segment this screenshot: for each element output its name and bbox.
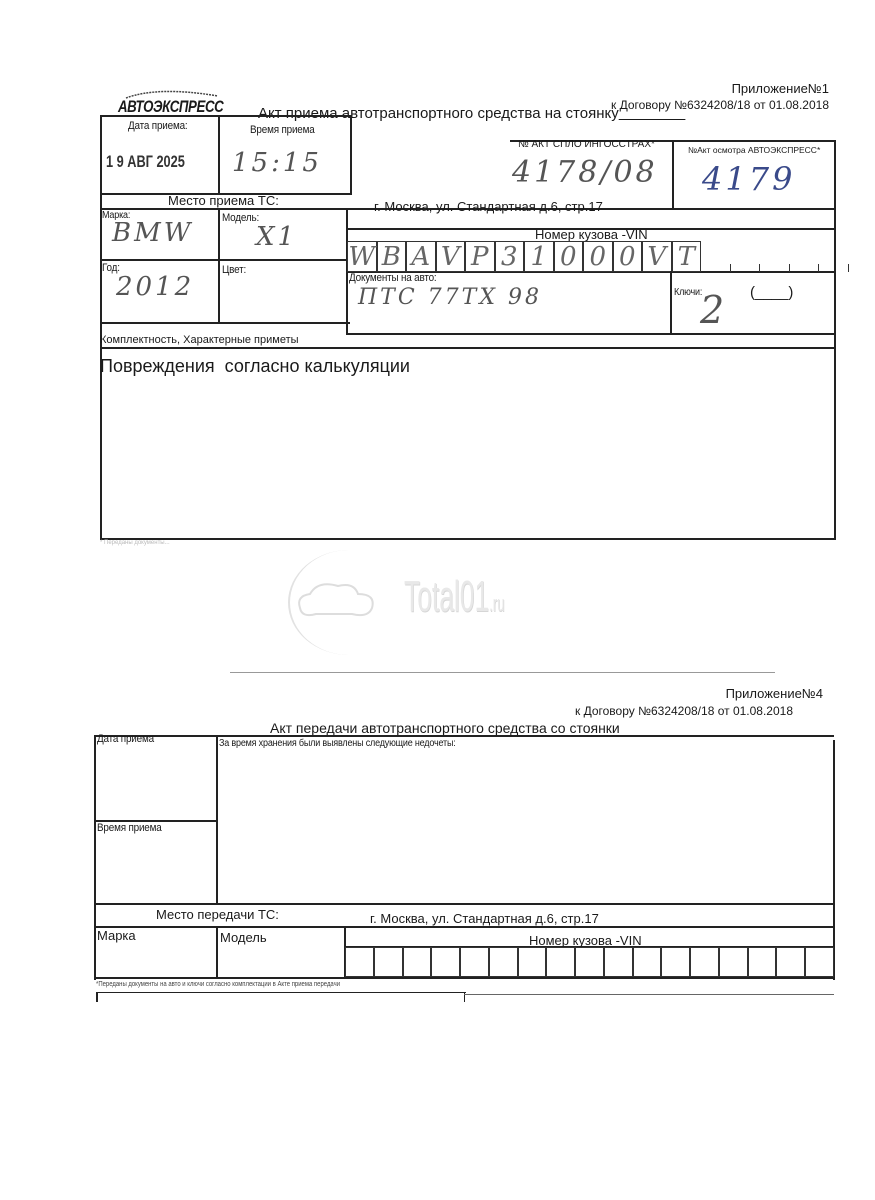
place-value: г. Москва, ул. Стандартная д.6, стр.17 <box>374 199 603 214</box>
vin-cell[interactable]: V <box>436 241 466 272</box>
vin-cell[interactable] <box>489 947 518 977</box>
vin-cell[interactable] <box>575 947 604 977</box>
docs-label: Документы на авто: <box>349 272 436 284</box>
vin-cell[interactable] <box>633 947 662 977</box>
vin-cell[interactable]: W <box>347 241 377 272</box>
footnote: *Переданы документы на авто и ключи согл… <box>96 981 340 988</box>
watermark-text: Total01.ru <box>404 572 505 622</box>
vin-cell[interactable]: V <box>642 241 672 272</box>
vin-cell[interactable] <box>604 947 633 977</box>
make-label: Марка <box>97 928 136 943</box>
vin-cell[interactable]: A <box>406 241 436 272</box>
model-field[interactable] <box>220 946 342 976</box>
ingos-act-label: № АКТ СПЛО ИНГОССТРАХ* <box>518 139 655 150</box>
contract-reference: к Договору №6324208/18 от 01.08.2018 <box>575 704 793 718</box>
vin-cell[interactable] <box>546 947 575 977</box>
vin-cell[interactable] <box>661 947 690 977</box>
time-field[interactable] <box>96 838 214 900</box>
form-title: Акт приема автотранспортного средства на… <box>258 105 685 122</box>
car-cloud-icon <box>292 578 382 628</box>
vin-cell[interactable] <box>431 947 460 977</box>
place-label: Место приема ТС: <box>168 193 279 208</box>
vin-cell[interactable] <box>345 947 374 977</box>
vin-cell[interactable] <box>690 947 719 977</box>
time-label: Время приема <box>250 124 315 136</box>
vin-cell[interactable]: T <box>672 241 702 272</box>
form-title: Акт передачи автотранспортного средства … <box>270 720 620 736</box>
vin-cell[interactable] <box>805 947 834 977</box>
defects-field[interactable] <box>220 752 830 900</box>
model-value[interactable]: X1 <box>256 222 297 252</box>
year-value[interactable]: 2012 <box>116 272 194 302</box>
defects-label: За время хранения были выявлены следующи… <box>219 738 456 749</box>
vin-cell[interactable] <box>776 947 805 977</box>
date-label: Дата приема <box>97 733 154 745</box>
vin-cell[interactable] <box>819 264 849 272</box>
time-value[interactable]: 15:15 <box>232 148 322 178</box>
vin-cell[interactable]: B <box>377 241 407 272</box>
vin-cell[interactable] <box>701 264 731 272</box>
vin-cell[interactable] <box>731 264 761 272</box>
vin-cell[interactable]: 1 <box>524 241 554 272</box>
autoexpress-act-label: №Акт осмотра АВТОЭКСПРЕСС* <box>688 145 820 155</box>
make-field[interactable] <box>96 944 214 976</box>
vin-label: Номер кузова -VIN <box>535 227 648 242</box>
place-value: г. Москва, ул. Стандартная д.6, стр.17 <box>370 911 599 926</box>
date-label: Дата приема: <box>128 120 187 132</box>
time-label: Время приема <box>97 822 162 834</box>
vin-cell[interactable] <box>518 947 547 977</box>
date-stamp[interactable]: 1 9 АВГ 2025 <box>106 152 185 172</box>
vin-cell[interactable] <box>374 947 403 977</box>
appendix-label: Приложение№4 <box>726 686 823 701</box>
vin-cell[interactable] <box>403 947 432 977</box>
vin-cell[interactable]: 3 <box>495 241 525 272</box>
model-label: Модель <box>220 930 267 945</box>
vin-cell[interactable] <box>760 264 790 272</box>
logo-text: АВТОЭКСПРЕСС <box>118 97 223 117</box>
vin-cell[interactable]: 0 <box>554 241 584 272</box>
vin-cell[interactable] <box>790 264 820 272</box>
keys-value[interactable]: 2 <box>700 288 727 332</box>
appendix-label: Приложение№1 <box>732 81 829 96</box>
model-label: Модель: <box>222 212 259 224</box>
features-value[interactable]: Повреждения согласно калькуляции <box>100 356 410 377</box>
vin-cell[interactable]: 0 <box>613 241 643 272</box>
docs-value[interactable]: ПТС 77ТХ 98 <box>358 285 542 310</box>
autoexpress-act-value[interactable]: 4179 <box>702 160 795 198</box>
ingos-act-value[interactable]: 4178/08 <box>512 155 658 190</box>
keys-extra: (____) <box>750 284 793 301</box>
logo: АВТОЭКСПРЕСС <box>118 88 228 118</box>
vin-cell[interactable] <box>460 947 489 977</box>
footnote: * Переданы документы... <box>100 540 170 546</box>
keys-label: Ключи: <box>674 287 702 298</box>
vin-cell[interactable]: P <box>465 241 495 272</box>
place-label: Место передачи ТС: <box>156 907 279 922</box>
vin-cell[interactable] <box>719 947 748 977</box>
features-label: Комплектность, Характерные приметы <box>100 334 299 346</box>
vin-cell[interactable]: 0 <box>583 241 613 272</box>
date-field[interactable] <box>96 750 214 818</box>
vin-label: Номер кузова -VIN <box>529 933 642 948</box>
color-label: Цвет: <box>222 264 246 276</box>
make-value[interactable]: BMW <box>112 218 193 248</box>
vin-cell[interactable] <box>748 947 777 977</box>
